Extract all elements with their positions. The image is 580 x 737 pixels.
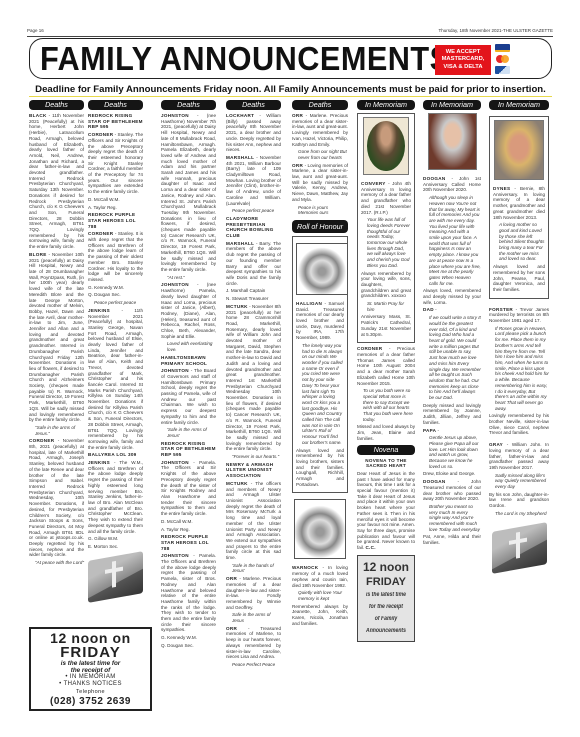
bible-cross-icon	[88, 551, 143, 603]
notice-name: JENKINS	[88, 308, 110, 313]
notice-verse: "Forever in our hearts."	[226, 454, 281, 460]
notice-name: MCTURK	[226, 481, 248, 486]
column-deaths-2: Deaths REDROCK RISING STAR OF BETHLEHEM …	[88, 100, 143, 604]
notice-name: BLORE	[29, 252, 47, 257]
notice-name: HALLIGAN	[296, 301, 322, 306]
death-notice: ORR - Marlene. Precious memories of a de…	[226, 576, 281, 610]
notice-verse: "At peace with the Lord"	[29, 560, 84, 566]
death-notice: BLACK - 11th November 2021 (Peacefully) …	[29, 113, 84, 250]
column-deaths-5: Deaths ORR - Marlene. Precious memories …	[292, 100, 348, 628]
notice-text: Always loved and remembered by his lovin…	[296, 448, 344, 488]
deadline-notice: Deadline for Family Announcements Friday…	[29, 83, 552, 97]
notice-verse: Quietly with love Your memory is kept	[292, 590, 348, 601]
notice-text: - The W.M., Officers and Brethren of the…	[88, 460, 143, 533]
signatory: Q. Dougan Sec.	[88, 292, 143, 298]
death-notice: JOHNSTON - The Board of Governors and st…	[161, 368, 216, 425]
notice-verse: Brother you meant so very much In every …	[423, 504, 481, 533]
notice-verse: If we could write a story It would be th…	[423, 315, 481, 401]
notice-text: - (nee Hawthorne) Pamela, dearly loved d…	[161, 282, 216, 338]
notice-text: By his son John, daughter-in-law Irene a…	[489, 492, 549, 509]
notice-name: MCTURK	[226, 304, 248, 309]
death-notice: JENKINS - 11th November 2021 (Peacefully…	[88, 308, 143, 451]
notice-text: - Loving memories of Marlene, a dear sis…	[292, 163, 348, 202]
ad-line: 12 noon	[358, 560, 414, 575]
column-header: Deaths	[29, 100, 84, 110]
notice-text: Anniversary Mass, St. Patrick's Cathedra…	[361, 314, 411, 337]
roll-of-honour-notice: HALLIGAN - Samuel David. Treasured memor…	[292, 236, 348, 494]
notice-name: CORDNER	[88, 231, 113, 236]
signatory: Q. Dougan Sec.	[161, 643, 216, 649]
notice-text: -	[436, 428, 439, 433]
portrait-photo	[428, 113, 477, 170]
death-notice: ORR - Loving memories of Marlene, a dear…	[292, 163, 348, 203]
organisation-name: HAMILTONSBAWN PRIMARY SCHOOL	[161, 355, 216, 366]
notice-text: - William (Billy) passed away peacefully…	[226, 113, 281, 152]
notice-text: - Precious memories of a dear father Tho…	[357, 346, 415, 385]
notice-text: - The Board of Governors and staff of Ha…	[161, 368, 216, 424]
bible-cross-icon	[492, 522, 547, 574]
notice-verse: Gone from our sight But never from our h…	[292, 149, 348, 160]
notice-verse: Peace is yours Memories ours	[292, 205, 348, 216]
signatory: G. Kennedy W.M.	[161, 635, 216, 641]
column-deaths-1: Deaths BLACK - 11th November 2021 (Peace…	[29, 100, 84, 568]
novena-signed: C.C.	[365, 545, 375, 550]
notice-name: JOHNSTON	[161, 460, 189, 465]
notice-text: - November 8th 2021 (peacefully) at her …	[226, 304, 281, 452]
ad-line: is the latest time for	[31, 660, 150, 667]
cards-line: MASTERCARD,	[435, 56, 491, 63]
notice-name: ORR	[226, 626, 237, 631]
notice-name: LOCKHART	[226, 113, 254, 118]
memoriam-notice: DYNES - Bernie, 8th Anniversary. In lovi…	[489, 116, 549, 299]
column-header: In Memoriam	[357, 100, 415, 110]
signatory: E. Morton Sec.	[88, 544, 143, 550]
signatory: D. McCall W.M.	[161, 519, 216, 525]
ad-line: FRIDAY	[358, 575, 414, 589]
ad-line: 12 noon on	[31, 631, 150, 645]
notice-verse: Loved with everlasting love.	[161, 341, 216, 352]
notice-name: DYNES	[493, 186, 510, 191]
death-notice: MCTURK - The officers and members of New…	[226, 481, 281, 561]
notice-verse: Safe in the arms of Jesus	[226, 612, 281, 623]
notice-name: JENKINS	[88, 460, 110, 465]
death-notice: LOCKHART - William (Billy) passed away p…	[226, 113, 281, 153]
notice-name: ORR	[292, 113, 303, 118]
notice-text: - 11th November 2021 (Peacefully) at his…	[29, 113, 84, 249]
notice-verse: 'Safe in the hands of Jesus'	[226, 563, 281, 574]
signatory: G. Gillow W.M.	[88, 536, 143, 542]
death-notice: CORDNER - Stanley. It is with deep regre…	[88, 231, 143, 282]
notice-verse: Although you sleep in Heaven now You're …	[423, 195, 481, 286]
notice-text: - November 4th 2021, William Barbour (Ba…	[226, 155, 281, 206]
column-header: In Memoriam	[423, 100, 481, 110]
notice-verse: 'Safe in the Arms of Jesus'	[161, 427, 216, 438]
notice-name: JOHNSTON	[161, 553, 189, 558]
mastercard-icon	[495, 55, 510, 63]
notice-text: - November 8th, 2021 (peacefully) at hos…	[29, 438, 84, 557]
death-notice: BLORE - November 10th 2021 (peacefully) …	[29, 252, 84, 423]
notice-name: CONVERY	[361, 181, 386, 186]
death-notice: ORR - Treasured memories of Marlene, to …	[226, 626, 281, 660]
notice-verse: A loving mother so good and kind Loved b…	[493, 222, 545, 262]
deadline-advert-phone: 12 noon on FRIDAY is the latest time for…	[29, 627, 152, 711]
organisation-name: REDROCK PURPLE STAR HEROES LOL 788	[88, 212, 143, 229]
notice-name: MARSHALL	[226, 241, 254, 246]
notice-text: - Stanley. It is with deep regret that t…	[88, 231, 143, 282]
column-in-memoriam-3: In Memoriam DYNES - Bernie, 8th Annivers…	[489, 100, 549, 575]
page-header-line: Page 16 Thursday, 18th November 2021-THE…	[27, 27, 553, 37]
notice-text: Remembered always by Jeanette, John, Kei…	[292, 604, 348, 627]
death-notice: MARSHALL - Barry. The members of the abo…	[226, 241, 281, 287]
notice-name: DAD	[423, 307, 434, 312]
notice-text: Always loved and remembered by her sons …	[493, 264, 545, 293]
death-notice: JOHNSTON - Pamela. The Officers and Sir …	[161, 460, 216, 517]
notice-text: - 11th November 2021 (Peacefully) at hos…	[88, 308, 143, 450]
notice-verse: "At rest."	[161, 275, 216, 281]
notice-name: JOHNSTON	[161, 368, 189, 373]
column-deaths-3: Deaths JOHNSTON - (nee Hawthorne) Novemb…	[161, 100, 216, 651]
death-notice: ORR - Marlene. Precious memories of a de…	[292, 113, 348, 147]
notice-verse: Peace perfect peace	[226, 208, 281, 214]
cards-line: WE ACCEPT	[435, 49, 491, 56]
notice-name: MARSHALL	[226, 155, 254, 160]
notice-name: CORDNER	[357, 346, 382, 351]
notice-text: - The officers and members of Newry and …	[226, 481, 281, 560]
notice-verse: Gentle Jesus up above, Please give Papa …	[423, 435, 481, 469]
death-notice: JOHNSTON - Pamela. The Officers and Bret…	[161, 553, 216, 633]
novena-text: Dear Heart of Jesus in the past I have a…	[357, 471, 415, 550]
section-banner: FAMILY ANNOUNCEMENTS WE ACCEPT MASTERCAR…	[29, 38, 552, 79]
notice-verse: Peace Perfect Peace	[226, 662, 281, 668]
death-notice: MARSHALL - November 4th 2021, William Ba…	[226, 155, 281, 206]
notice-text: -	[434, 307, 437, 312]
signatory: J. Marshall Captain	[226, 288, 281, 294]
column-deaths-4: Deaths LOCKHART - William (Billy) passed…	[226, 100, 281, 670]
signatory: G. Kennedy W.M.	[88, 285, 143, 291]
death-notice: MCTURK - November 8th 2021 (peacefully) …	[226, 304, 281, 452]
notice-text: Pat, Anne, Hilda and their families.	[423, 534, 481, 545]
notice-text: - Treasured memories of Marlene, to keep…	[226, 626, 281, 660]
death-notice: JENKINS - The W.M., Officers and Brethre…	[88, 460, 143, 534]
ad-line: is the latest time	[362, 589, 410, 601]
notice-name: DOOGAN	[423, 176, 445, 181]
ad-line: Telephone	[31, 688, 150, 696]
column-in-memoriam-2: In Memoriam DOOGAN - John 1st Anniversar…	[423, 100, 481, 548]
notice-text: - Marlene. Precious memories of a dear d…	[226, 576, 281, 610]
notice-verse: If Roses grow in Heaven, Lord please pic…	[489, 326, 549, 412]
death-notice: JOHNSTON - (nee Hawthorne) November 7th …	[161, 113, 216, 273]
organisation-name: CLADYMORE PRESBYTERIAN CHURCH BOWLING CL…	[226, 216, 281, 239]
ad-line: of Family	[362, 613, 410, 625]
column-header: Deaths	[88, 100, 143, 110]
notice-verse: Sadly missed along life's way Quietly re…	[489, 473, 549, 490]
notice-verse: The Lord is my Shepherd	[489, 511, 549, 517]
section-title: FAMILY ANNOUNCEMENTS	[40, 41, 451, 77]
column-header: Deaths	[292, 100, 348, 110]
notice-text: - John 4th Anniversary In loving memory …	[361, 181, 411, 215]
ad-line: • THANKS NOTICES	[31, 681, 150, 688]
notice-name: CORDNER	[88, 132, 113, 137]
notice-name: ORR	[226, 576, 237, 581]
column-header: Deaths	[161, 100, 216, 110]
ad-line: • IN MEMORIAM	[31, 674, 150, 681]
notice-name: DOOGAN	[423, 479, 445, 484]
memoriam-notice: CONVERY - John 4th Anniversary In loving…	[357, 113, 415, 343]
organisation-name: REDROCK PURPLE STAR HEROES LOL 788	[161, 534, 216, 551]
notice-verse: "Safe in the arms of Jesus."	[29, 425, 84, 436]
organisation-name: REDROCK RISING STAR OF BETHLEHEM RBP 595	[161, 441, 216, 458]
death-notice: CORDNER - November 8th, 2021 (peacefully…	[29, 438, 84, 558]
notice-text: - Samuel David. Treasured memories of ou…	[296, 301, 344, 340]
death-notice: CORDNER - Stanley. The Officers and Sir …	[88, 132, 143, 195]
cards-line: VISA & DELTA	[435, 64, 491, 71]
notice-verse: Your life was full of loving deeds Forev…	[361, 217, 411, 268]
notice-text: Deeply missed and lovingly remembered by…	[423, 403, 481, 426]
notice-name: FORSTER	[489, 307, 513, 312]
notice-name: ORR	[292, 163, 303, 168]
notice-text: Always loved, remembered and deeply miss…	[423, 288, 481, 305]
ad-line: Announcements	[362, 625, 410, 637]
signatory: A. Taylor Reg.	[88, 205, 143, 211]
regimental-crest-icon	[294, 499, 346, 559]
notice-text: - (nee Hawthorne) November 7th 2021, (pe…	[161, 113, 216, 272]
ad-line: for the receipt	[362, 601, 410, 613]
signatory: N. Stewart Treasurer	[226, 296, 281, 302]
notice-name: PAPA	[423, 428, 436, 433]
notice-name: BLACK	[29, 113, 47, 118]
notice-verse: To us you both were so special What more…	[357, 388, 415, 422]
organisation-name: BALLYREA LOL 309	[88, 452, 143, 458]
notice-text: - Marlene. Precious memories of a dear s…	[292, 113, 348, 147]
portrait-photo	[494, 120, 544, 180]
regimental-crest-icon	[296, 243, 348, 295]
roll-of-honour-header: Roll of Honour	[292, 220, 348, 233]
notice-text: Missed and loved always by Jim, Jean, El…	[357, 424, 415, 441]
notice-text: - Pamela. The Officers and Brethren of t…	[161, 553, 216, 632]
signatory: D. McCall W.M.	[88, 197, 143, 203]
column-header: Deaths	[226, 100, 281, 110]
deadline-advert-family: 12 noon FRIDAY is the latest time for th…	[357, 555, 415, 642]
notice-text: - Barry. The members of the above club r…	[226, 241, 281, 286]
notice-verse: Peace perfect peace	[88, 300, 143, 306]
notice-name: JOHNSTON	[161, 113, 189, 118]
notice-text: Drew, Eloise and George.	[423, 471, 481, 477]
organisation-name: NEWRY & ARMAGH ULSTER UNIONIST ASSOCIATI…	[226, 462, 281, 479]
visa-card-icon	[495, 44, 510, 52]
organisation-name: REDROCK RISING STAR OF BETHLEHEM RBP 595	[88, 113, 143, 130]
delta-card-icon	[495, 66, 510, 74]
death-notice: JOHNSTON - (nee Hawthorne) Pamela, dearl…	[161, 282, 216, 339]
column-in-memoriam-1: In Memoriam CONVERY - John 4th Anniversa…	[357, 100, 415, 642]
notice-name: WARNOCK	[292, 565, 318, 570]
phone-number[interactable]: (028) 3752 2639	[31, 696, 150, 707]
notice-text: Lovingly remembered by his brother Nevil…	[489, 413, 549, 436]
column-header: In Memoriam	[489, 100, 549, 110]
dateline: Thursday, 18th November 2021-THE ULSTER …	[439, 28, 553, 33]
novena-title: NOVENA TO THE SACRED HEART	[357, 458, 415, 469]
portrait-photo	[363, 117, 409, 175]
ad-line: FRIDAY	[31, 645, 150, 660]
signatory: A. Taylor Reg.	[161, 527, 216, 533]
ad-line: the receipt of	[31, 667, 150, 674]
notice-name: CORDNER	[29, 438, 54, 443]
notice-text: - Pamela. The Officers and Sir Knights o…	[161, 460, 216, 516]
notice-text: Always remembered by your loving wife, s…	[361, 271, 411, 300]
notice-verse: The lonely way you had to die Is always …	[296, 343, 344, 446]
page-number: Page 16	[27, 28, 44, 33]
notice-text: - Bernie, 8th Anniversary. In loving mem…	[493, 186, 545, 220]
notice-verse: St. Martin Pray for him	[361, 301, 411, 312]
notice-text: - Stanley. The Officers and Sir Knights …	[88, 132, 143, 194]
notice-text: - November 10th 2021 (peacefully) at Dai…	[29, 252, 84, 422]
novena-header: Novena	[357, 445, 415, 455]
cards-accepted-badge: WE ACCEPT MASTERCARD, VISA & DELTA	[435, 45, 491, 75]
notice-name: JOHNSTON	[161, 282, 189, 287]
notice-name: GRAY	[489, 442, 503, 447]
